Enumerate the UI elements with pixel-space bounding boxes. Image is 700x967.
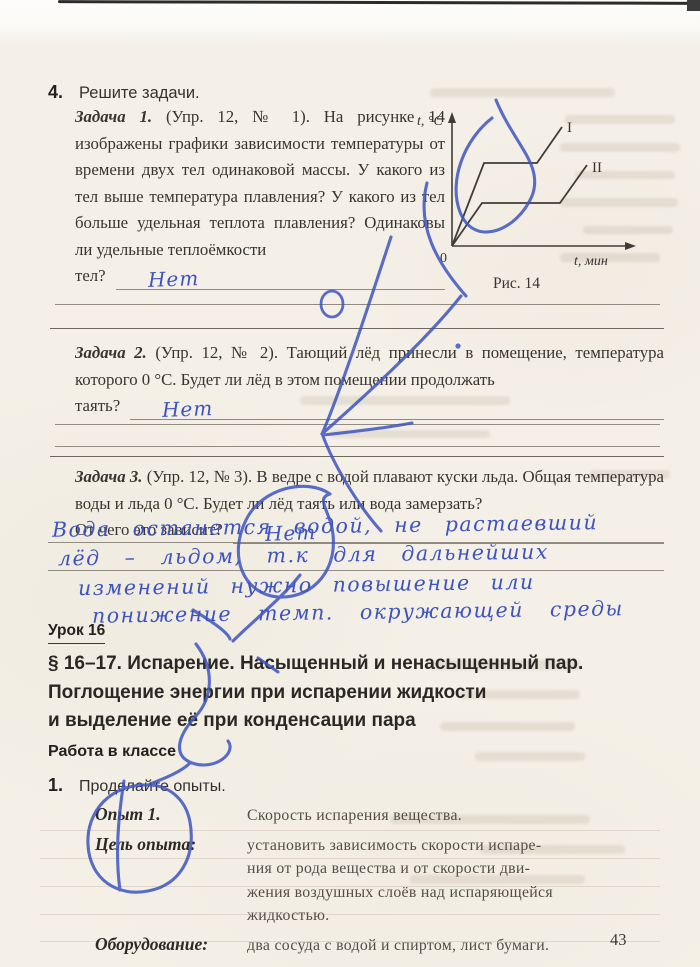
problem-2-answer-row: таять? Нет xyxy=(75,393,664,420)
experiment-block: Опыт 1. Скорость испарения вещества. Цел… xyxy=(95,804,640,957)
curve-i-label: I xyxy=(567,120,572,136)
experiment-equipment-text: два сосуда с водой и спиртом, лист бумаг… xyxy=(247,934,640,958)
task-4-row: 4. Решите задачи. xyxy=(48,82,200,103)
section-heading-line-1: § 16–17. Испарение. Насыщенный и ненасыщ… xyxy=(48,650,583,679)
goal-line-3: жения воздушных слоёв над испаряющейся xyxy=(247,881,640,905)
origin-label: 0 xyxy=(440,251,447,266)
goal-line-2: ния от рода вещества и от скорости дви- xyxy=(247,857,640,881)
problem-1: Задача 1. (Упр. 12, № 1). На рисунке 14 … xyxy=(75,104,445,290)
problem-1-answer-blank: Нет xyxy=(116,265,445,290)
figure-14: I II t, °C t, мин 0 Рис. 14 xyxy=(416,106,664,301)
experiment-goal-text: установить зависимость скорости испаре- … xyxy=(247,834,640,928)
handwritten-line-3: изменений нужно повышение или xyxy=(78,570,535,600)
problem-1-tail: тел? xyxy=(75,263,106,290)
section-divider xyxy=(50,328,664,329)
handwritten-line-4: понижение темп. окружающей среды xyxy=(92,596,624,627)
answer-rule-line xyxy=(48,570,664,571)
curve-i xyxy=(452,127,562,246)
task-number: 4. xyxy=(48,82,63,102)
experiment-goal-label: Цель опыта: xyxy=(95,834,247,928)
curve-ii-label: II xyxy=(592,160,602,176)
workbook-page: 4. Решите задачи. Задача 1. (Упр. 12, № … xyxy=(0,0,700,967)
y-axis-arrow xyxy=(448,112,456,123)
classwork-heading: Работа в классе xyxy=(48,743,176,760)
figure-caption: Рис. 14 xyxy=(493,275,540,292)
problem-2-answer-blank: Нет xyxy=(130,395,664,420)
problem-1-text: Задача 1. (Упр. 12, № 1). На рисунке 14 … xyxy=(75,104,445,263)
x-axis-label: t, мин xyxy=(574,254,608,269)
handwritten-answer-1: Нет xyxy=(147,265,199,293)
bleedthrough-smudge xyxy=(430,88,615,97)
scan-corner-mark xyxy=(687,0,700,11)
scan-top-band xyxy=(0,0,700,46)
blank-answer-line xyxy=(55,424,660,425)
x-axis-arrow xyxy=(625,242,636,250)
classwork-heading-row: Работа в классе xyxy=(48,743,176,761)
problem-3-text: Задача 3. (Упр. 12, № 3). В ведре с водо… xyxy=(75,464,664,517)
section-heading: § 16–17. Испарение. Насыщенный и ненасыщ… xyxy=(48,650,583,736)
curve-ii xyxy=(452,165,587,246)
experiment-label: Опыт 1. xyxy=(95,804,247,828)
y-axis-label: t, °C xyxy=(417,114,443,129)
bleedthrough-smudge xyxy=(475,752,585,761)
experiment-equipment-label: Оборудование: xyxy=(95,934,247,958)
handwritten-answer-2: Нет xyxy=(162,395,214,423)
problem-1-body: (Упр. 12, № 1). На рисунке 14 изображены… xyxy=(75,107,445,259)
experiment-title: Скорость испарения вещества. xyxy=(247,804,640,828)
problem-3-body: (Упр. 12, № 3). В ведре с водой плавают … xyxy=(75,467,664,513)
problem-2: Задача 2. (Упр. 12, № 2). Тающий лёд при… xyxy=(75,340,664,420)
blank-answer-line xyxy=(55,304,660,305)
item-1-text: Проделайте опыты. xyxy=(79,778,226,795)
goal-line-4: жидкостью. xyxy=(247,904,640,928)
problem-1-answer-row: тел? Нет xyxy=(75,263,445,290)
section-divider xyxy=(50,456,664,457)
problem-3-label: Задача 3. xyxy=(75,467,142,486)
problem-2-label: Задача 2. xyxy=(75,343,147,362)
problem-2-text: Задача 2. (Упр. 12, № 2). Тающий лёд при… xyxy=(75,340,664,393)
problem-2-tail: таять? xyxy=(75,393,120,420)
page-number: 43 xyxy=(610,930,627,950)
section-heading-line-2: Поглощение энергии при испарении жидкост… xyxy=(48,679,583,708)
section-heading-line-3: и выделение её при конденсации пара xyxy=(48,707,583,736)
handwritten-line-2: лёд – льдом, т.к для дальнейших xyxy=(58,540,549,571)
goal-line-1: установить зависимость скорости испаре- xyxy=(247,834,640,858)
temperature-time-graph: I II t, °C t, мин 0 Рис. 14 xyxy=(416,106,664,296)
blank-answer-line xyxy=(55,446,660,447)
task-title: Решите задачи. xyxy=(79,84,200,102)
problem-1-label: Задача 1. xyxy=(75,107,152,126)
item-1-number: 1. xyxy=(48,775,63,795)
item-1-row: 1. Проделайте опыты. xyxy=(48,775,226,796)
bleedthrough-smudge xyxy=(330,430,490,438)
problem-2-body: (Упр. 12, № 2). Тающий лёд принесли в по… xyxy=(75,343,664,389)
